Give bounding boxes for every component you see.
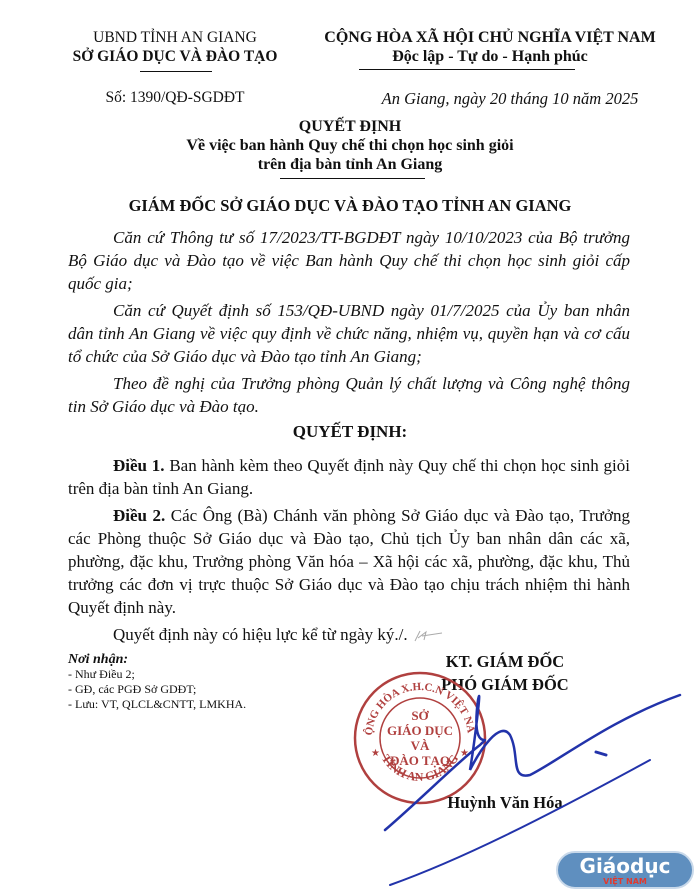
- agency-underline: [140, 71, 212, 72]
- national-motto: Độc lập - Tự do - Hạnh phúc: [290, 47, 690, 66]
- document-number: Số: 1390/QĐ-SGDĐT: [60, 89, 290, 107]
- article-1-label: Điều 1.: [113, 456, 165, 475]
- article-1: Điều 1. Ban hành kèm theo Quyết định này…: [68, 454, 630, 500]
- recipients: Nơi nhận: - Như Điều 2; - GĐ, các PGĐ Sở…: [68, 652, 246, 712]
- svg-text:VIỆT NAM: VIỆT NAM: [603, 876, 647, 886]
- giaoduc-logo-icon: Giáodục VIỆT NAM: [555, 850, 695, 890]
- effective-text: Quyết định này có hiệu lực kể từ ngày ký…: [113, 625, 408, 644]
- articles: Điều 1. Ban hành kèm theo Quyết định này…: [68, 454, 630, 650]
- place-date: An Giang, ngày 20 tháng 10 năm 2025: [320, 89, 700, 109]
- signer-name: Huỳnh Văn Hóa: [400, 793, 610, 813]
- agency-name: SỞ GIÁO DỤC VÀ ĐÀO TẠO: [60, 47, 290, 66]
- article-2: Điều 2. Các Ông (Bà) Chánh văn phòng Sở …: [68, 504, 630, 619]
- preamble-basis-1: Căn cứ Thông tư số 17/2023/TT-BGDĐT ngày…: [68, 226, 630, 295]
- svg-text:SỞ: SỞ: [411, 708, 429, 723]
- title-main: QUYẾT ĐỊNH: [0, 117, 700, 136]
- issuer-heading: GIÁM ĐỐC SỞ GIÁO DỤC VÀ ĐÀO TẠO TỈNH AN …: [0, 196, 700, 216]
- country-name: CỘNG HÒA XÃ HỘI CHỦ NGHĨA VIỆT NAM: [290, 28, 690, 47]
- title-subject-line1: Về việc ban hành Quy chế thi chọn học si…: [0, 136, 700, 155]
- header-right: CỘNG HÒA XÃ HỘI CHỦ NGHĨA VIỆT NAM Độc l…: [290, 28, 690, 66]
- title-underline: [280, 178, 425, 179]
- preamble: Căn cứ Thông tư số 17/2023/TT-BGDĐT ngày…: [68, 226, 630, 422]
- svg-text:GIÁO DỤC: GIÁO DỤC: [387, 723, 453, 738]
- official-seal-icon: CỘNG HÒA X.H.C.N VIỆT NAM TỈNH AN GIANG …: [352, 670, 488, 806]
- article-2-label: Điều 2.: [113, 506, 165, 525]
- preamble-basis-2: Căn cứ Quyết định số 153/QĐ-UBND ngày 01…: [68, 299, 630, 368]
- effective-clause: Quyết định này có hiệu lực kể từ ngày ký…: [68, 623, 630, 646]
- preamble-proposal: Theo đề nghị của Trưởng phòng Quản lý ch…: [68, 372, 630, 418]
- initial-mark-icon: [412, 629, 446, 643]
- header-left: UBND TỈNH AN GIANG SỞ GIÁO DỤC VÀ ĐÀO TẠ…: [60, 28, 290, 66]
- svg-text:★: ★: [460, 748, 469, 759]
- recipient-item: - Lưu: VT, QLCL&CNTT, LMKHA.: [68, 697, 246, 712]
- title-subject-line2: trên địa bàn tỉnh An Giang: [0, 155, 700, 174]
- authority-name: UBND TỈNH AN GIANG: [60, 28, 290, 47]
- recipient-item: - Như Điều 2;: [68, 667, 246, 682]
- svg-text:VÀ: VÀ: [411, 738, 430, 753]
- motto-underline: [359, 69, 575, 70]
- decision-heading: QUYẾT ĐỊNH:: [0, 422, 700, 442]
- recipient-item: - GĐ, các PGĐ Sở GDĐT;: [68, 682, 246, 697]
- svg-text:★: ★: [371, 748, 380, 759]
- svg-text:ĐÀO TẠO: ĐÀO TẠO: [390, 753, 450, 768]
- recipients-title: Nơi nhận:: [68, 652, 246, 667]
- svg-text:Giáodục: Giáodục: [580, 854, 671, 878]
- document-title: QUYẾT ĐỊNH Về việc ban hành Quy chế thi …: [0, 117, 700, 174]
